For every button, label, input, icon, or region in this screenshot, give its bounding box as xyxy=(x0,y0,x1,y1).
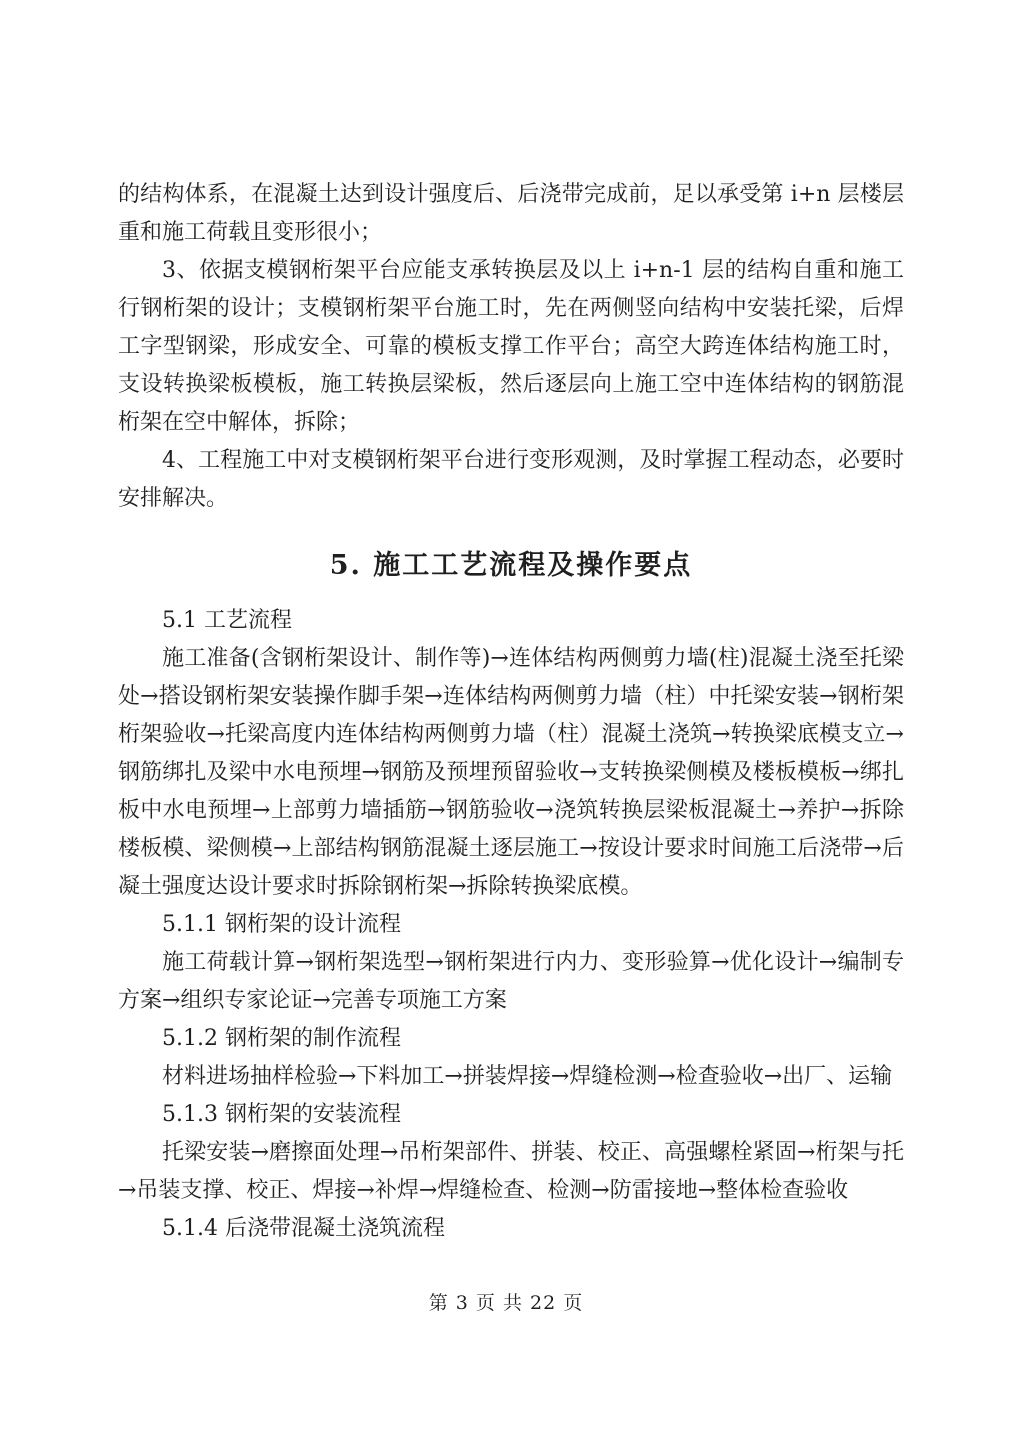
text-line: 行钢桁架的设计；支模钢桁架平台施工时，先在两侧竖向结构中安装托梁，后焊接钢桁架 xyxy=(118,290,904,328)
text-line: 重和施工荷载且变形很小； xyxy=(118,214,904,252)
text-line: 5.1.3 钢桁架的安装流程 xyxy=(118,1096,904,1134)
text-line: 处→搭设钢桁架安装操作脚手架→连体结构两侧剪力墙（柱）中托梁安装→钢桁架安装→ xyxy=(118,678,904,716)
text-line: 3、依据支模钢桁架平台应能支承转换层及以上 i+n-1 层的结构自重和施工荷载，… xyxy=(118,252,904,290)
text-line: 施工荷载计算→钢桁架选型→钢桁架进行内力、变形验算→优化设计→编制专项施工 xyxy=(118,944,904,982)
text-line: 钢筋绑扎及梁中水电预埋→钢筋及预埋预留验收→支转换梁侧模及楼板模板→绑扎板筋及 xyxy=(118,754,904,792)
text-line: 的结构体系，在混凝土达到设计强度后、后浇带完成前，足以承受第 i+n 层楼层的结… xyxy=(118,176,904,214)
document-page: 的结构体系，在混凝土达到设计强度后、后浇带完成前，足以承受第 i+n 层楼层的结… xyxy=(0,0,1012,1431)
document-content: 的结构体系，在混凝土达到设计强度后、后浇带完成前，足以承受第 i+n 层楼层的结… xyxy=(118,176,904,1248)
text-line: 5.1 工艺流程 xyxy=(118,602,904,640)
page-footer: 第 3 页 共 22 页 xyxy=(0,1288,1012,1315)
text-line: 工字型钢梁，形成安全、可靠的模板支撑工作平台；高空大跨连体结构施工时，在平台上 xyxy=(118,328,904,366)
text-line: 托梁安装→磨擦面处理→吊桁架部件、拼装、校正、高强螺栓紧固→桁架与托梁焊接 xyxy=(118,1134,904,1172)
page-number-label: 第 3 页 共 22 页 xyxy=(429,1292,583,1314)
text-line: 5.1.4 后浇带混凝土浇筑流程 xyxy=(118,1210,904,1248)
text-line: 凝土强度达设计要求时拆除钢桁架→拆除转换梁底模。 xyxy=(118,868,904,906)
text-line: 支设转换梁板模板，施工转换层梁板，然后逐层向上施工空中连体结构的钢筋混凝土；钢 xyxy=(118,366,904,404)
section-heading: 5. 施工工艺流程及操作要点 xyxy=(118,544,904,588)
text-line: 安排解决。 xyxy=(118,480,904,518)
text-line: →吊装支撑、校正、焊接→补焊→焊缝检查、检测→防雷接地→整体检查验收 xyxy=(118,1172,904,1210)
text-line: 5.1.2 钢桁架的制作流程 xyxy=(118,1020,904,1058)
text-line: 板中水电预埋→上部剪力墙插筋→钢筋验收→浇筑转换层梁板混凝土→养护→拆除转换层 xyxy=(118,792,904,830)
text-line: 5.1.1 钢桁架的设计流程 xyxy=(118,906,904,944)
text-line: 材料进场抽样检验→下料加工→拼装焊接→焊缝检测→检查验收→出厂、运输 xyxy=(118,1058,904,1096)
body-text-block-bottom: 5.1 工艺流程施工准备(含钢桁架设计、制作等)→连体结构两侧剪力墙(柱)混凝土… xyxy=(118,602,904,1248)
text-line: 方案→组织专家论证→完善专项施工方案 xyxy=(118,982,904,1020)
body-text-block-top: 的结构体系，在混凝土达到设计强度后、后浇带完成前，足以承受第 i+n 层楼层的结… xyxy=(118,176,904,518)
text-line: 桁架在空中解体，拆除； xyxy=(118,404,904,442)
text-line: 施工准备(含钢桁架设计、制作等)→连体结构两侧剪力墙(柱)混凝土浇至托梁下500… xyxy=(118,640,904,678)
text-line: 4、工程施工中对支模钢桁架平台进行变形观测，及时掌握工程动态，必要时调整施工 xyxy=(118,442,904,480)
text-line: 楼板模、梁侧模→上部结构钢筋混凝土逐层施工→按设计要求时间施工后浇带→后浇带混 xyxy=(118,830,904,868)
text-line: 桁架验收→托梁高度内连体结构两侧剪力墙（柱）混凝土浇筑→转换梁底模支立→转换梁 xyxy=(118,716,904,754)
